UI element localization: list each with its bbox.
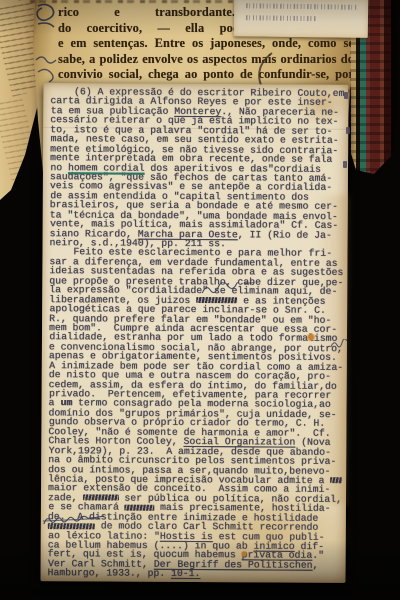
page-edge-mark bbox=[346, 127, 350, 134]
typescript-line: York,1929), p. 23. A amizade, desde que … bbox=[49, 446, 345, 457]
mirrored-type-row bbox=[246, 15, 316, 21]
typescript-line: gundo observa o próprio criador do termo… bbox=[49, 417, 345, 428]
handwritten-correction bbox=[200, 282, 256, 297]
typescript-line: Ver Carl Schmitt, Der Begriff des Politi… bbox=[48, 559, 344, 570]
typescript-line: que propõe o presente trabalho, cabe diz… bbox=[49, 276, 345, 287]
typescript-line: privado. Pertencem, efetivamente, para r… bbox=[49, 389, 345, 400]
typescript-line: de assim entendida o "capital sentimento… bbox=[50, 191, 346, 202]
facing-page-text-lines bbox=[0, 98, 41, 181]
pasted-correction-slip bbox=[234, 0, 369, 38]
handwritten-correction bbox=[330, 339, 348, 349]
typescript-line: lência, posto que imprecisão vocabular a… bbox=[48, 474, 344, 485]
printed-line: sabe, a polidez envolve os aspectos mais… bbox=[58, 52, 354, 68]
typescript-line: mente etimológico, se não tivesse sido c… bbox=[50, 144, 346, 155]
scribble-strikeout bbox=[196, 297, 237, 303]
mirrored-type-row bbox=[246, 3, 358, 10]
typescript-line: apologéticas a que parece inclinar-se o … bbox=[50, 304, 346, 315]
typescript-lines: (6) A expressão é do escritor Ribeiro Co… bbox=[48, 87, 347, 580]
foxing-spot bbox=[241, 550, 248, 557]
typescript-line: e se chamará mais precisamente, hostilid… bbox=[48, 502, 344, 513]
typescript-line: A inimizade bem pode ser tão cordial com… bbox=[49, 361, 345, 372]
book-photo: rico e transbordante. Na civiliddo coerc… bbox=[0, 0, 400, 600]
page-edge-mark bbox=[343, 161, 347, 168]
cut-off-text-line bbox=[30, 0, 256, 3]
typescript-line: Feito este esclarecimento e para melhor … bbox=[50, 248, 346, 259]
page-edge-mark bbox=[344, 92, 348, 99]
printed-line: e em sentenças. Entre os japoneses, onde… bbox=[58, 36, 354, 52]
typescript-note: (6) A expressão é do escritor Ribeiro Co… bbox=[40, 83, 348, 583]
scribble-strikeout bbox=[125, 504, 154, 510]
typescript-line: ta em sua publicação Monterey., Não pare… bbox=[51, 106, 347, 117]
typescript-line: vente, mais política, mais assimiladora"… bbox=[50, 219, 346, 230]
typescript-line: e convencionalismo social, não abrange, … bbox=[49, 342, 345, 353]
handwritten-correction bbox=[42, 513, 104, 528]
printed-line: convivio social, chega ao ponto de confu… bbox=[58, 67, 354, 83]
scribble-strikeout bbox=[330, 478, 342, 484]
scribble-strikeout bbox=[83, 495, 118, 501]
typescript-line: no homem cordial dos aperitivos e das"co… bbox=[50, 163, 346, 174]
foxing-spot bbox=[306, 333, 316, 342]
typescript-line: ca bellum habemus (....) in quo ab inimi… bbox=[48, 540, 344, 551]
